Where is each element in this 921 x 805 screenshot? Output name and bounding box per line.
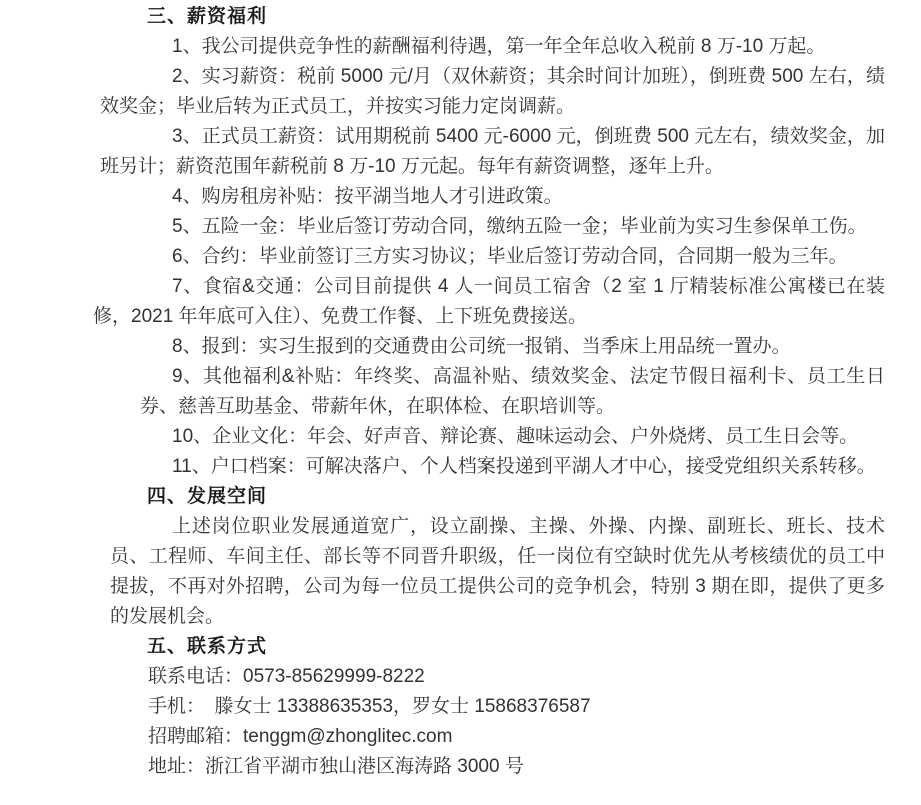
benefit-item-1: 1、我公司提供竞争性的薪酬福利待遇，第一年全年总收入税前 8 万-10 万起。 <box>100 32 885 62</box>
benefit-item-4: 4、购房租房补贴：按平湖当地人才引进政策。 <box>100 182 885 212</box>
benefit-item-11: 11、户口档案：可解决落户、个人档案投递到平湖人才中心，接受党组织关系转移。 <box>100 452 885 482</box>
benefit-item-8: 8、报到：实习生报到的交通费由公司统一报销、当季床上用品统一置办。 <box>100 332 885 362</box>
benefit-item-10: 10、企业文化：年会、好声音、辩论赛、趣味运动会、户外烧烤、员工生日会等。 <box>100 422 885 452</box>
section-heading-salary-benefits: 三、薪资福利 <box>147 2 885 32</box>
benefit-item-6: 6、合约：毕业前签订三方实习协议；毕业后签订劳动合同，合同期一般为三年。 <box>100 242 885 272</box>
benefit-item-2: 2、实习薪资：税前 5000 元/月（双休薪资；其余时间计加班），倒班费 500… <box>100 62 885 122</box>
benefit-item-9: 9、其他福利&补贴：年终奖、高温补贴、绩效奖金、法定节假日福利卡、员工生日券、慈… <box>140 362 885 422</box>
document-page: 三、薪资福利 1、我公司提供竞争性的薪酬福利待遇，第一年全年总收入税前 8 万-… <box>0 0 921 805</box>
development-paragraph: 上述岗位职业发展通道宽广，设立副操、主操、外操、内操、副班长、班长、技术员、工程… <box>110 512 885 632</box>
contact-address-line: 地址：浙江省平湖市独山港区海涛路 3000 号 <box>148 752 885 782</box>
benefit-item-3: 3、正式员工薪资：试用期税前 5400 元-6000 元，倒班费 500 元左右… <box>100 122 885 182</box>
section-heading-contact: 五、联系方式 <box>147 632 885 662</box>
contact-phone-line: 联系电话：0573-85629999-8222 <box>148 662 885 692</box>
benefit-item-7: 7、食宿&交通：公司目前提供 4 人一间员工宿舍（2 室 1 厅精装标准公寓楼已… <box>93 272 885 332</box>
benefit-item-5: 5、五险一金：毕业后签订劳动合同，缴纳五险一金；毕业前为实习生参保单工伤。 <box>100 212 885 242</box>
section-heading-development: 四、发展空间 <box>147 482 885 512</box>
contact-email-line: 招聘邮箱：tenggm@zhonglitec.com <box>148 722 885 752</box>
contact-mobile-line: 手机： 滕女士 13388635353，罗女士 15868376587 <box>148 692 885 722</box>
